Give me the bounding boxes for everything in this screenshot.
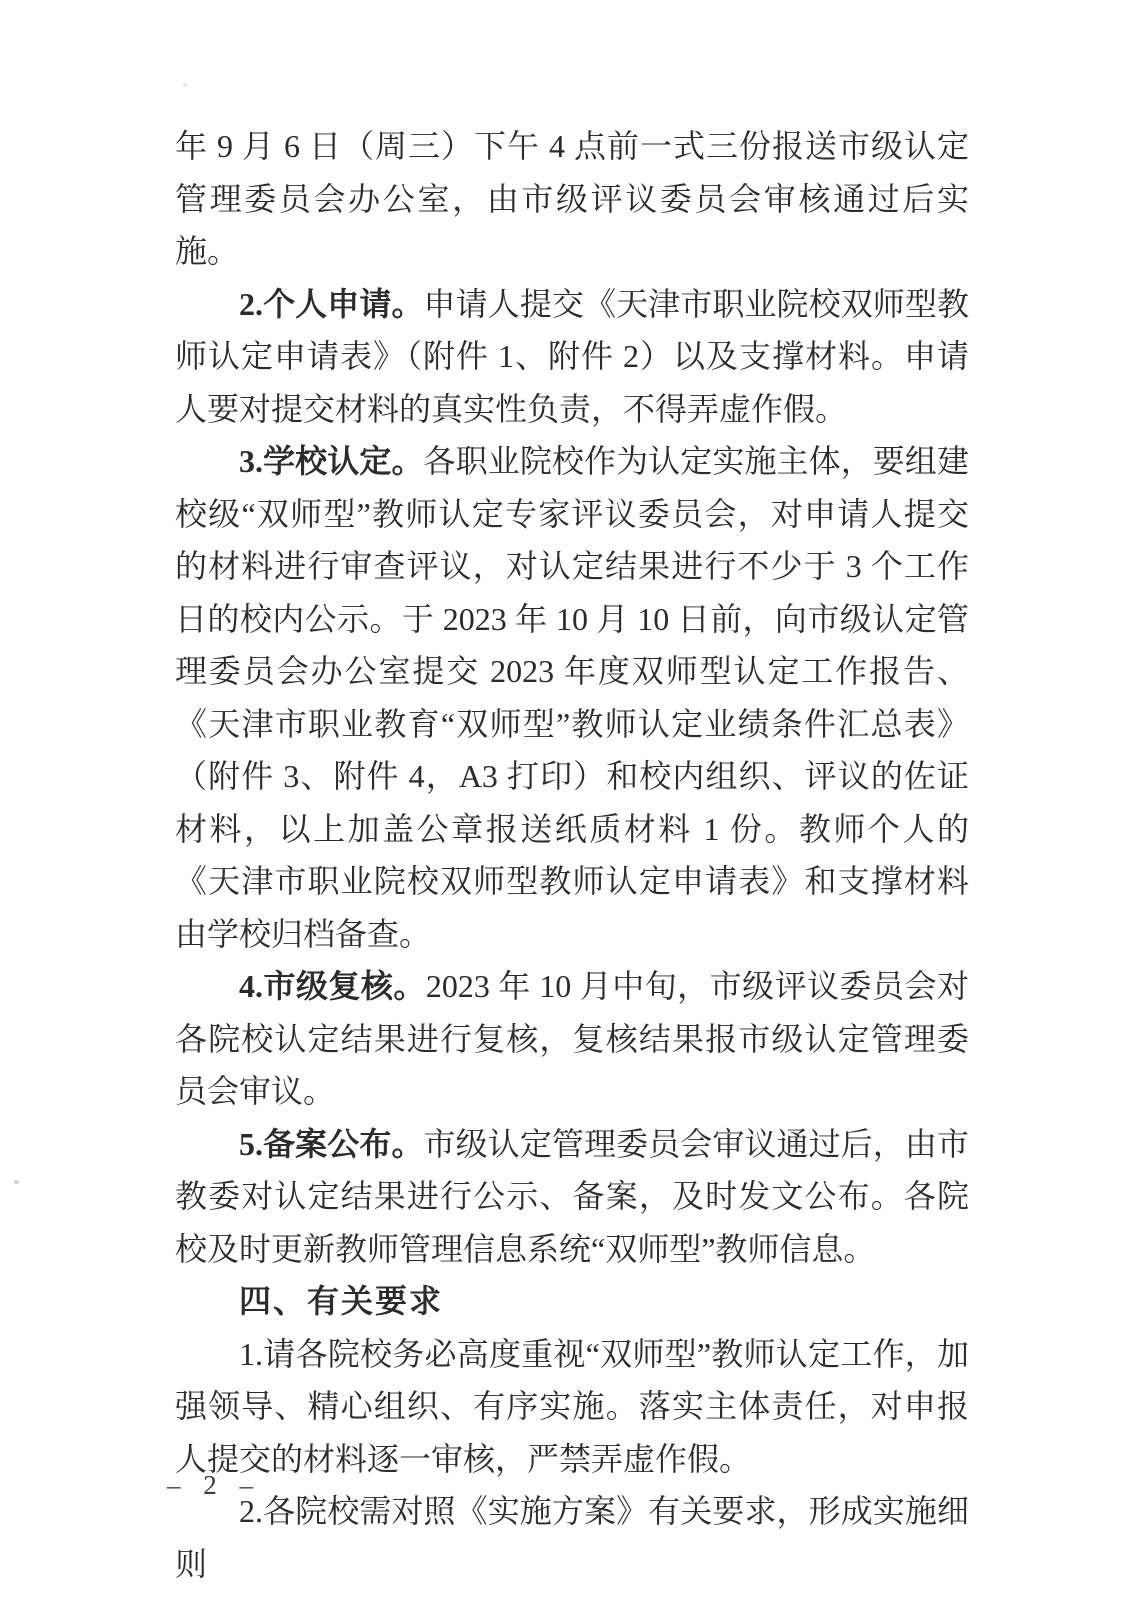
page-number: – 2 – — [167, 1470, 261, 1500]
paragraph: 1.请各院校务必高度重视“双师型”教师认定工作，加强领导、精心组织、有序实施。落… — [175, 1328, 969, 1486]
scan-artifact — [14, 1180, 19, 1184]
section-heading: 四、有关要求 — [175, 1275, 969, 1328]
bold-text-run: 5.备案公布。 — [239, 1126, 424, 1162]
document-body: 年 9 月 6 日（周三）下午 4 点前一式三份报送市级认定管理委员会办公室，由… — [175, 120, 969, 1590]
scan-artifact — [183, 83, 187, 87]
page-footer: – 2 – — [167, 1470, 261, 1501]
text-run: 各职业院校作为认定实施主体，要组建校级“双师型”教师认定专家评议委员会，对申请人… — [175, 443, 969, 952]
paragraph: 4.市级复核。2023 年 10 月中旬，市级评议委员会对各院校认定结果进行复核… — [175, 960, 969, 1118]
text-run: 2.各院校需对照《实施方案》有关要求，形成实施细则 — [175, 1493, 969, 1582]
bold-text-run: 3.学校认定。 — [239, 443, 424, 479]
paragraph: 5.备案公布。市级认定管理委员会审议通过后，由市教委对认定结果进行公示、备案，及… — [175, 1118, 969, 1276]
bold-text-run: 2.个人申请。 — [239, 286, 424, 322]
text-run: 年 9 月 6 日（周三）下午 4 点前一式三份报送市级认定管理委员会办公室，由… — [175, 128, 969, 269]
bold-text-run: 四、有关要求 — [239, 1283, 443, 1319]
document-page: 年 9 月 6 日（周三）下午 4 点前一式三份报送市级认定管理委员会办公室，由… — [0, 0, 1130, 1600]
text-run: 1.请各院校务必高度重视“双师型”教师认定工作，加强领导、精心组织、有序实施。落… — [175, 1336, 969, 1477]
bold-text-run: 4.市级复核。 — [239, 968, 426, 1004]
paragraph: 2.个人申请。申请人提交《天津市职业院校双师型教师认定申请表》（附件 1、附件 … — [175, 278, 969, 436]
paragraph: 年 9 月 6 日（周三）下午 4 点前一式三份报送市级认定管理委员会办公室，由… — [175, 120, 969, 278]
paragraph: 2.各院校需对照《实施方案》有关要求，形成实施细则 — [175, 1485, 969, 1590]
paragraph: 3.学校认定。各职业院校作为认定实施主体，要组建校级“双师型”教师认定专家评议委… — [175, 435, 969, 960]
